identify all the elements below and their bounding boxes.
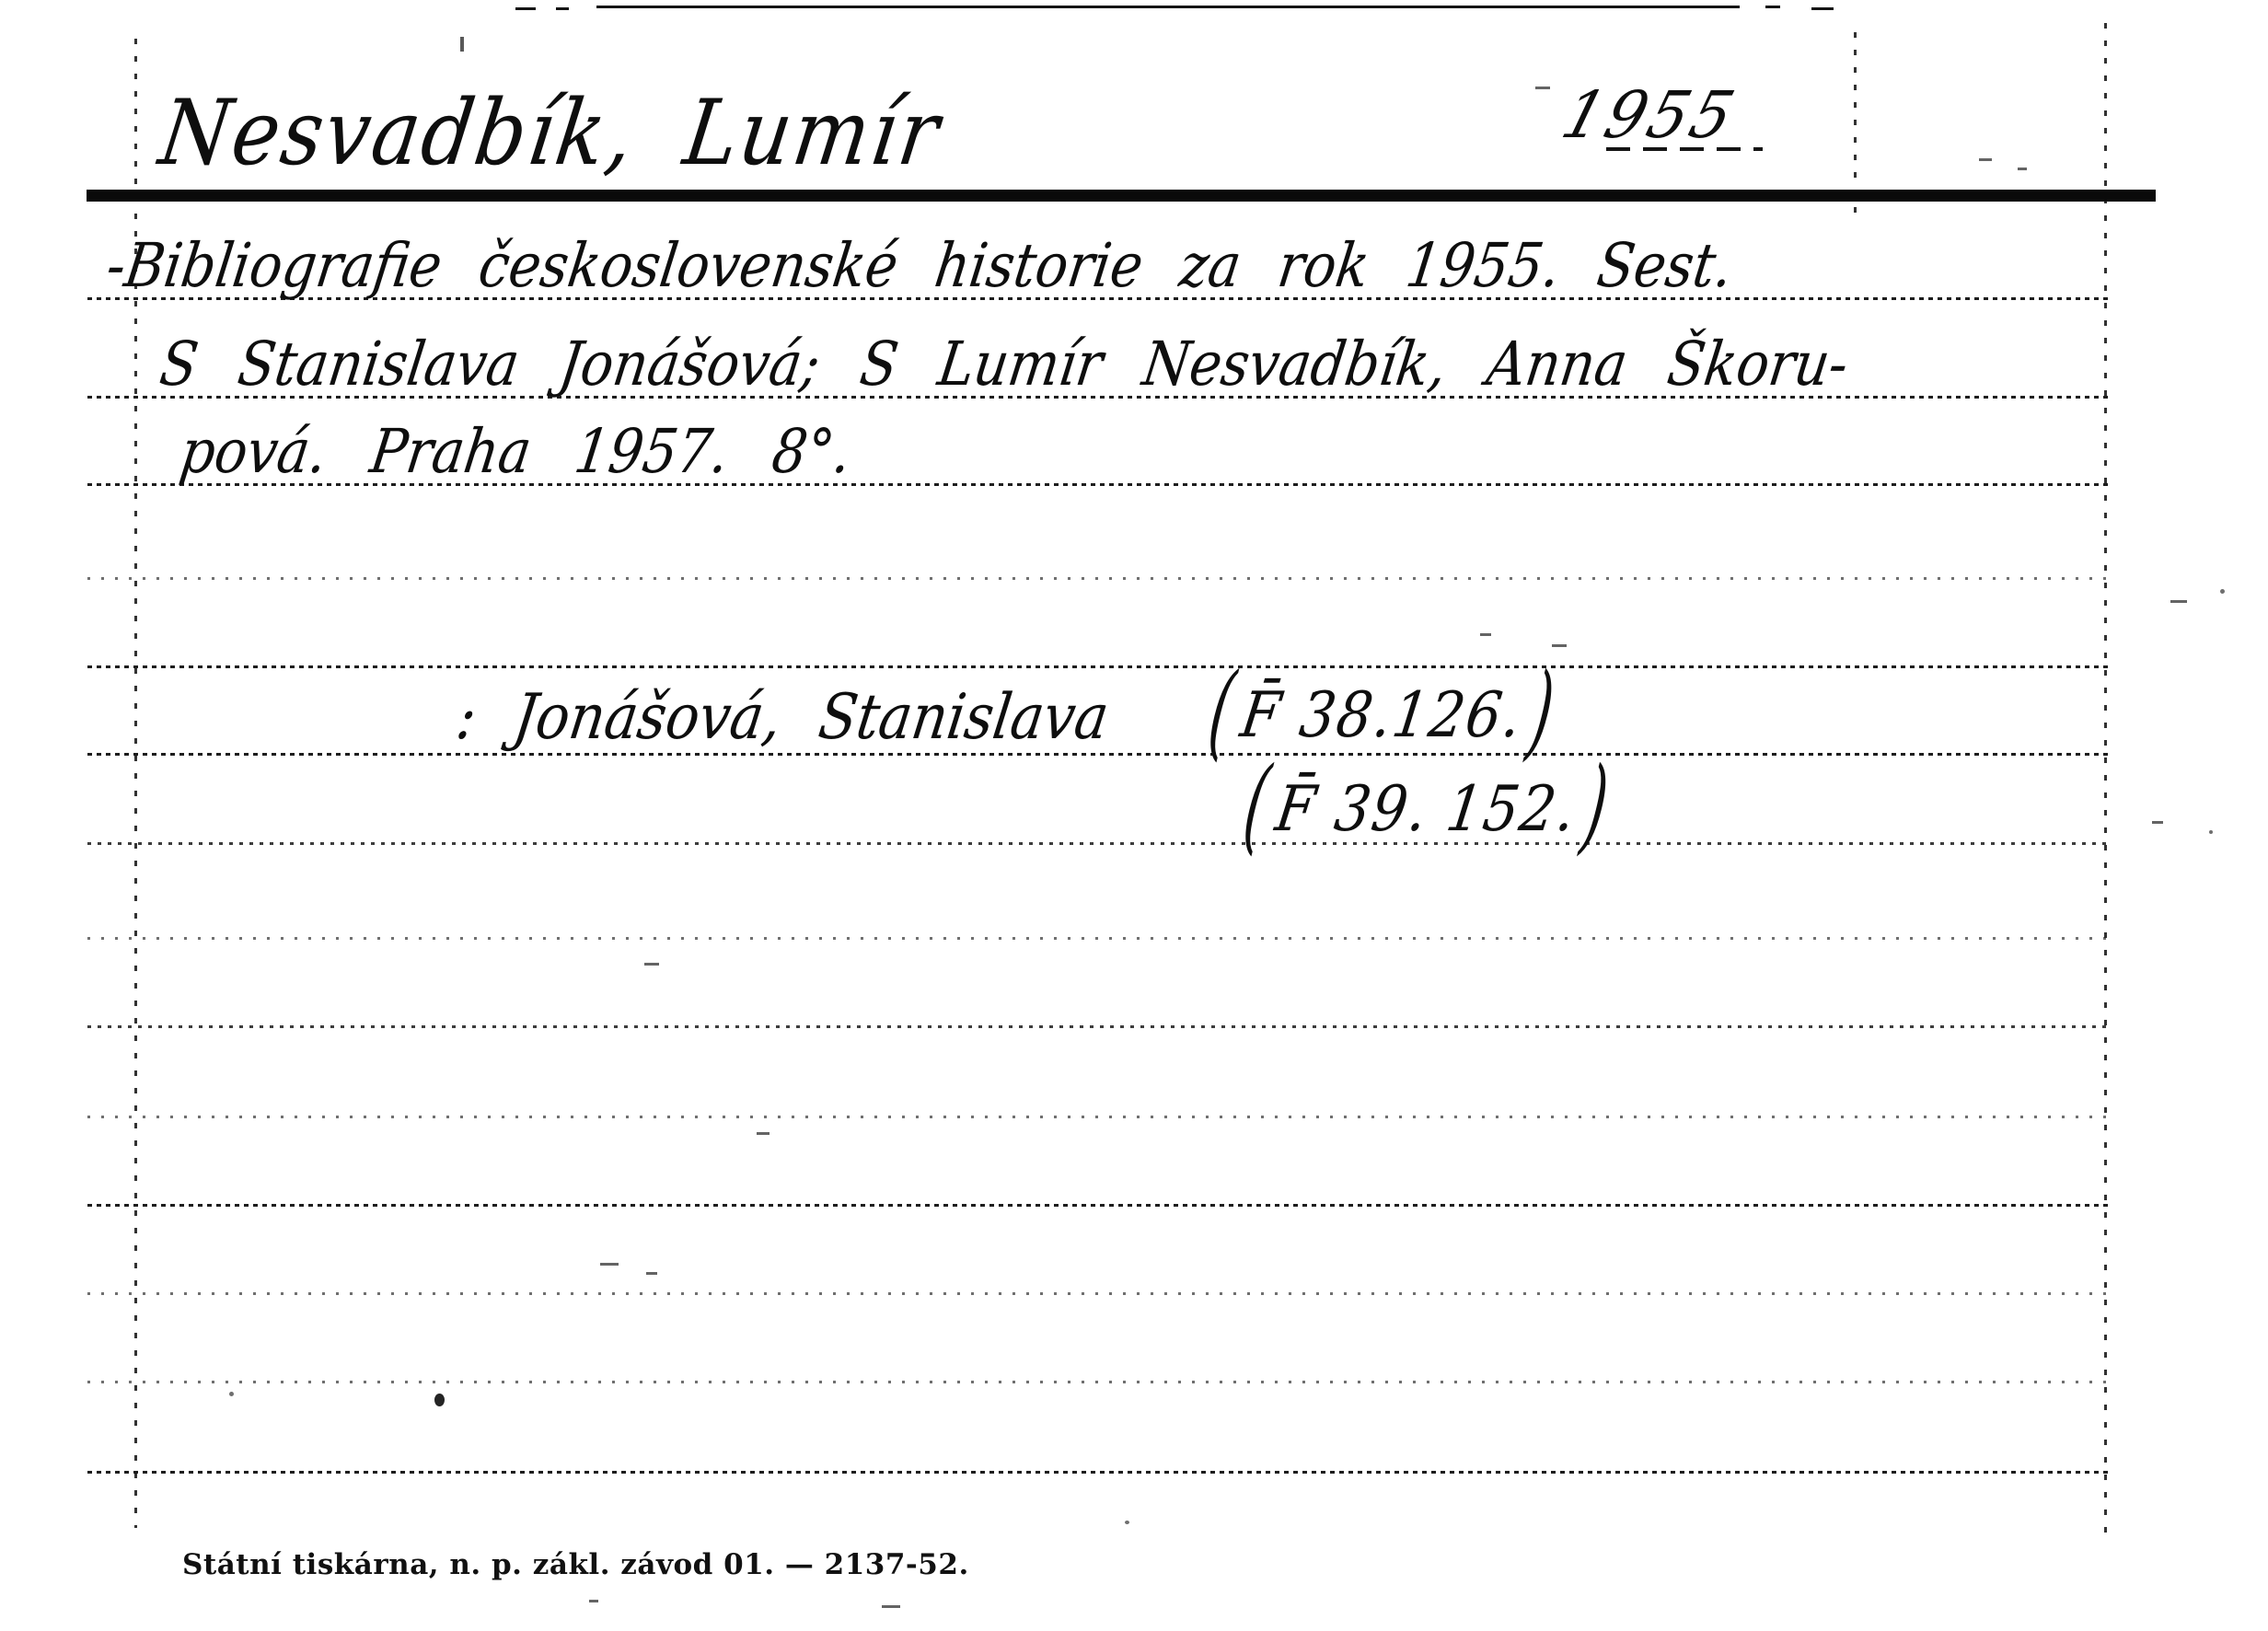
catalog-card-scan: Nesvadbík, Lumír 1955 -Bibliografie česk…	[0, 0, 2268, 1631]
call-number-1-value: F̄ 38.126.	[1228, 679, 1534, 752]
ruled-line	[87, 1381, 2108, 1383]
scan-speck	[882, 1605, 900, 1608]
ruled-line	[87, 577, 2108, 580]
scan-speck	[434, 1394, 445, 1406]
cross-reference-name: : Jonášová, Stanislava	[453, 687, 1112, 749]
ruled-line	[87, 1116, 2108, 1118]
ruled-line	[87, 665, 2108, 668]
scan-speck	[646, 1272, 657, 1275]
right-margin-dotted-line	[2104, 23, 2107, 1535]
printer-imprint: Státní tiskárna, n. p. zákl. závod 01. —…	[182, 1548, 969, 1581]
scan-speck	[2220, 589, 2225, 594]
scan-speck	[2018, 168, 2027, 170]
scan-speck	[1979, 158, 1992, 161]
scan-speck	[460, 37, 464, 52]
scan-speck	[2170, 600, 2187, 603]
scan-speck	[757, 1132, 769, 1135]
heading-rule	[87, 190, 2156, 202]
top-right-dotted-line	[1854, 32, 1857, 216]
scan-speck	[1480, 633, 1491, 636]
year-annotation: 1955	[1556, 83, 1744, 147]
entry-line-3: pová. Praha 1957. 8°.	[177, 422, 855, 482]
ruled-line	[87, 1025, 2108, 1028]
top-edge-line	[1811, 7, 1834, 10]
top-edge-line	[596, 6, 1740, 8]
call-number-1: (F̄ 38.126.)	[1206, 685, 1557, 747]
top-edge-line	[1765, 6, 1780, 8]
entry-line-1: -Bibliografie československé historie za…	[103, 236, 1736, 296]
ruled-line	[87, 937, 2108, 940]
call-number-2: (F̄ 39. 152.)	[1241, 779, 1612, 841]
scan-speck	[1125, 1521, 1129, 1524]
scan-speck	[1552, 644, 1567, 647]
scan-speck	[2152, 821, 2163, 824]
scan-speck	[2209, 830, 2213, 834]
ruled-line	[87, 1292, 2108, 1295]
scan-speck	[600, 1263, 619, 1266]
call-number-2-value: F̄ 39. 152.	[1263, 773, 1589, 846]
entry-line-2: S Stanislava Jonášová; S Lumír Nesvadbík…	[156, 334, 1852, 395]
scan-speck	[1535, 87, 1550, 89]
top-edge-line	[515, 7, 536, 10]
top-edge-line	[556, 7, 569, 10]
year-underline	[1606, 147, 1763, 151]
heading-author-name: Nesvadbík, Lumír	[155, 88, 946, 179]
scan-speck	[644, 963, 659, 966]
scan-speck	[229, 1392, 234, 1396]
ruled-line	[87, 842, 2108, 845]
ruled-line	[87, 1204, 2108, 1207]
scan-speck	[589, 1600, 598, 1602]
ruled-line	[87, 1471, 2108, 1474]
